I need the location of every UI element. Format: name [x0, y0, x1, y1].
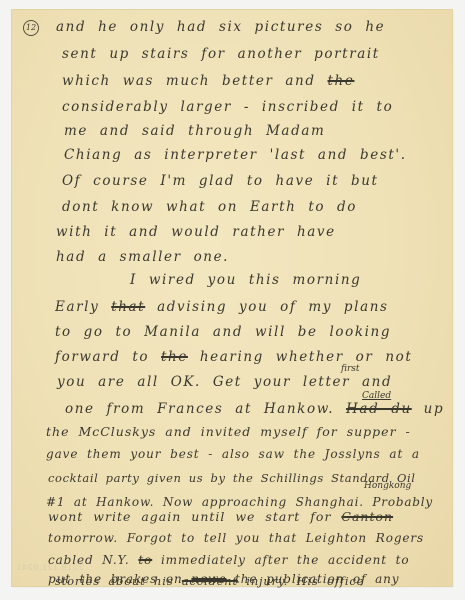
letter-line-25: stories about his accident injury. His o…	[55, 574, 364, 588]
archive-stamp: 2019.121.0241	[16, 563, 84, 572]
letter-line-23: cabled N.Y. to immediately after the acc…	[48, 553, 410, 567]
letter-line-20: #1 at Hankow. Now approaching Shanghai. …	[46, 495, 433, 509]
insertion-called: Called	[362, 391, 391, 401]
insertion-hongkong: Hongkong	[364, 481, 411, 491]
letter-line-11: I wired you this morning	[130, 272, 361, 288]
letter-line-12: Early that advising you of my plans	[55, 299, 389, 315]
letter-line-19: cocktail party given us by the Schilling…	[48, 471, 416, 485]
struck-word: that	[111, 299, 145, 315]
struck-word: accident	[182, 574, 238, 588]
letter-line-3: which was much better and the	[62, 73, 354, 89]
letter-line-2: sent up stairs for another portrait	[62, 46, 380, 62]
struck-word: the	[161, 349, 188, 365]
letter-line-7: Of course I'm glad to have it but	[62, 173, 379, 189]
letter-line-10: had a smaller one.	[56, 249, 229, 265]
letter-line-21-final: wont write again until we start for Cant…	[48, 509, 393, 524]
struck-word: Had du	[346, 401, 412, 417]
insertion-first: first	[341, 364, 360, 374]
page-number-circle: 12	[23, 20, 39, 36]
letter-line-17: the McCluskys and invited myself for sup…	[46, 424, 411, 439]
struck-word: the	[328, 73, 355, 89]
struck-word: to	[138, 553, 152, 567]
letter-line-15: you are all OK. Get your letter and	[57, 374, 392, 390]
letter-line-13: to go to Manila and will be looking	[55, 324, 391, 340]
letter-line-1: and he only had six pictures so he	[56, 19, 385, 35]
struck-word: Canton	[341, 509, 393, 524]
letter-line-8: dont know what on Earth to do	[62, 199, 357, 215]
letter-line-6: Chiang as interpreter 'last and best'.	[64, 147, 407, 163]
letter-line-4: considerably larger - inscribed it to	[62, 99, 393, 115]
letter-line-22: tomorrow. Forgot to tell you that Leight…	[48, 531, 424, 545]
letter-line-16: one from Frances at Hankow. Had du up	[65, 401, 444, 417]
letter-line-9: with it and would rather have	[56, 224, 336, 240]
letter-page: 12 and he only had six pictures so he se…	[12, 10, 452, 586]
letter-line-18: gave them your best - also saw the Jossl…	[46, 447, 420, 461]
letter-line-14: forward to the hearing whether or not	[55, 349, 412, 365]
letter-line-5: me and said through Madam	[64, 123, 325, 139]
